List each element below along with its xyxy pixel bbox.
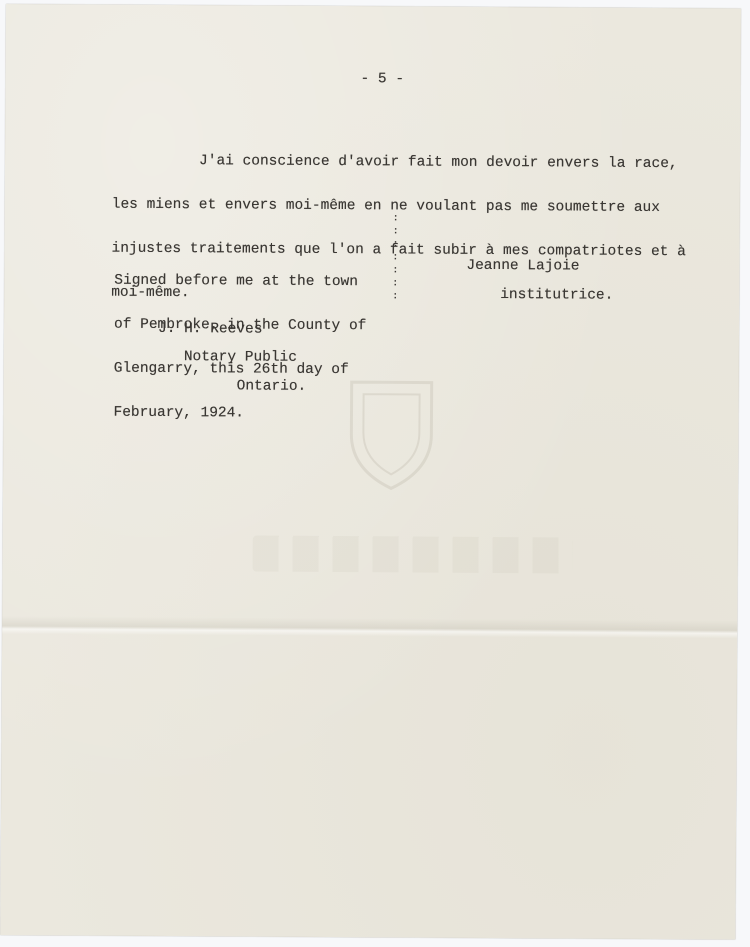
paper-fold-crease xyxy=(2,616,737,638)
notary-name: J. H. Reeves xyxy=(158,322,263,337)
separator-mark: : xyxy=(393,214,399,224)
attestation-line: Signed before me at the town xyxy=(114,274,366,290)
separator-mark: : xyxy=(392,266,398,276)
separator-mark: : xyxy=(392,279,398,289)
separator-mark: : xyxy=(392,240,398,250)
page-number: - 5 - xyxy=(361,72,405,87)
paragraph-line: J'ai conscience d'avoir fait mon devoir … xyxy=(112,154,686,172)
signatory-name: Jeanne Lajoie xyxy=(466,259,579,274)
notary-title: Notary Public xyxy=(184,350,297,365)
separator-mark: : xyxy=(392,253,398,263)
notary-province: Ontario. xyxy=(237,379,307,394)
attestation-line: February, 1924. xyxy=(113,405,365,421)
column-separator: : : : : : : : xyxy=(391,214,400,302)
separator-mark: : xyxy=(392,292,398,302)
watermark-lettering xyxy=(253,536,573,574)
document-page: - 5 - J'ai conscience d'avoir fait mon d… xyxy=(0,4,741,939)
signatory-title: institutrice. xyxy=(500,288,613,303)
attestation-block: Signed before me at the town of Pembroke… xyxy=(113,245,367,451)
separator-mark: : xyxy=(393,227,399,237)
paragraph-line: les miens et envers moi-même en ne voula… xyxy=(112,198,686,216)
